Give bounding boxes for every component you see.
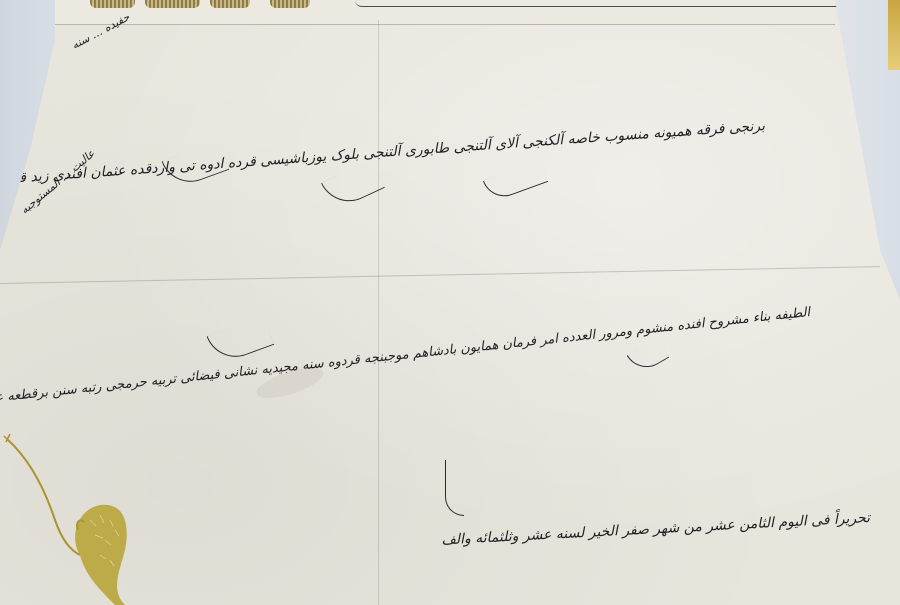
vertical-fold-crease <box>378 20 379 605</box>
ornament-cartouche <box>270 0 310 8</box>
document-paper: حفیده … سنه برنجی فرقه همیونه منسوب خاصه… <box>0 0 900 605</box>
header-frame-line <box>355 0 875 7</box>
ornament-cartouche <box>210 0 250 8</box>
gold-leaf-ornament <box>0 430 140 605</box>
ornament-cartouche <box>145 0 200 8</box>
gold-frame-edge <box>888 0 900 70</box>
gilded-header-border <box>55 0 835 25</box>
ornament-cartouche <box>90 0 135 8</box>
calligraphic-swash <box>445 460 464 516</box>
